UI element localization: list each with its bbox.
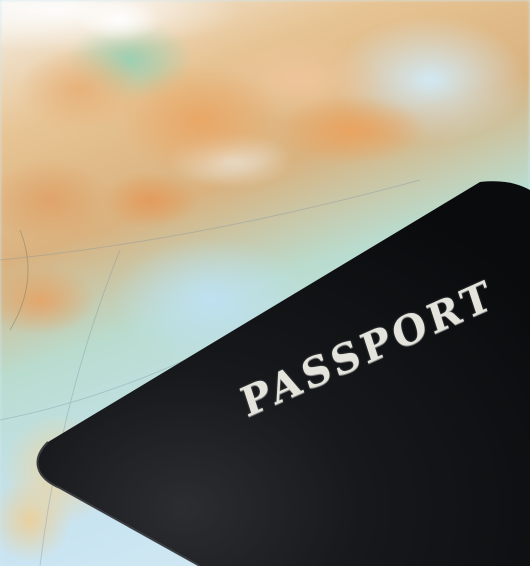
photo-scene: PASSPORT — [0, 0, 530, 566]
passport — [0, 0, 530, 566]
